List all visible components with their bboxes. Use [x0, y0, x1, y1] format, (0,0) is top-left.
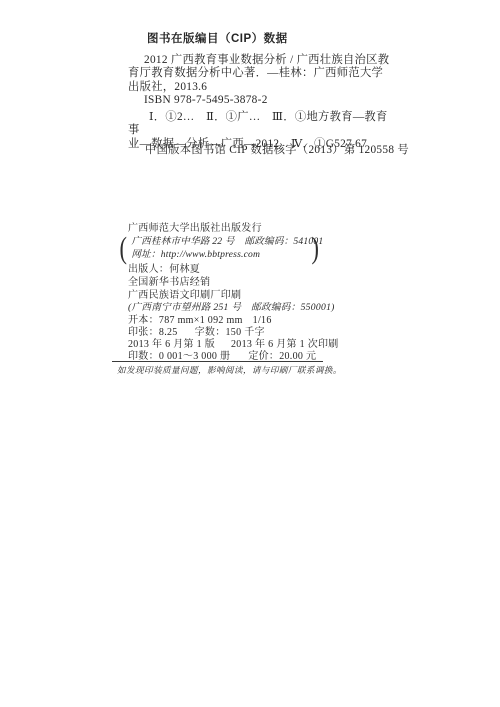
format-size: 开本：787 mm×1 092 mm	[128, 315, 243, 326]
footnote-divider	[112, 361, 323, 362]
cip-registry-number: 中国版本图书馆 CIP 数据核字（2013）第 120558 号	[145, 141, 409, 157]
sheets-line: 印张：8.25字数：150 千字	[128, 327, 265, 339]
impression: 2013 年 6 月第 1 次印刷	[231, 339, 339, 350]
book-copyright-page: 图书在版编目（CIP）数据 2012 广西教育事业数据分析 / 广西壮族自治区教…	[0, 0, 500, 707]
publisher-website: 网址：http://www.bbtpress.com	[131, 248, 307, 261]
publisher-person-line: 出版人：何林夏	[128, 264, 200, 276]
classification-line: Ⅰ．①2… Ⅱ．①广… Ⅲ．①地方教育—教育事	[128, 111, 396, 138]
publisher-address-group: ( 广西桂林市中华路 22 号 邮政编码：541001 网址：http://ww…	[118, 233, 321, 263]
format-line: 开本：787 mm×1 092 mm1/16	[128, 315, 272, 327]
quality-footnote: 如发现印装质量问题，影响阅读，请与印刷厂联系调换。	[117, 364, 342, 376]
printer-address-line: (广西南宁市望州路 251 号 邮政编码：550001)	[128, 302, 335, 314]
edition: 2013 年 6 月第 1 版	[128, 339, 215, 350]
left-parenthesis: (	[119, 233, 126, 263]
word-count: 字数：150 千字	[195, 327, 265, 338]
publisher-address: 广西桂林市中华路 22 号 邮政编码：541001	[131, 235, 307, 248]
cip-description-line: 出版社，2013.6	[128, 81, 396, 94]
printer-line: 广西民族语文印刷厂印刷	[128, 290, 241, 302]
cip-description: 2012 广西教育事业数据分析 / 广西壮族自治区教 育厅教育数据分析中心著．—…	[128, 54, 396, 108]
isbn-line: ISBN 978-7-5495-3878-2	[128, 94, 396, 107]
edition-line: 2013 年 6 月第 1 版2013 年 6 月第 1 次印刷	[128, 339, 339, 351]
sheets-count: 印张：8.25	[128, 327, 178, 338]
cip-header: 图书在版编目（CIP）数据	[147, 30, 288, 46]
cip-description-line: 2012 广西教育事业数据分析 / 广西壮族自治区教	[128, 54, 396, 67]
distribution-line: 全国新华书店经销	[128, 277, 210, 289]
cip-description-line: 育厅教育数据分析中心著．—桂林：广西师范大学	[128, 67, 396, 80]
right-parenthesis: )	[312, 233, 319, 263]
format-ratio: 1/16	[253, 315, 272, 326]
publisher-address-content: 广西桂林市中华路 22 号 邮政编码：541001 网址：http://www.…	[131, 235, 307, 261]
